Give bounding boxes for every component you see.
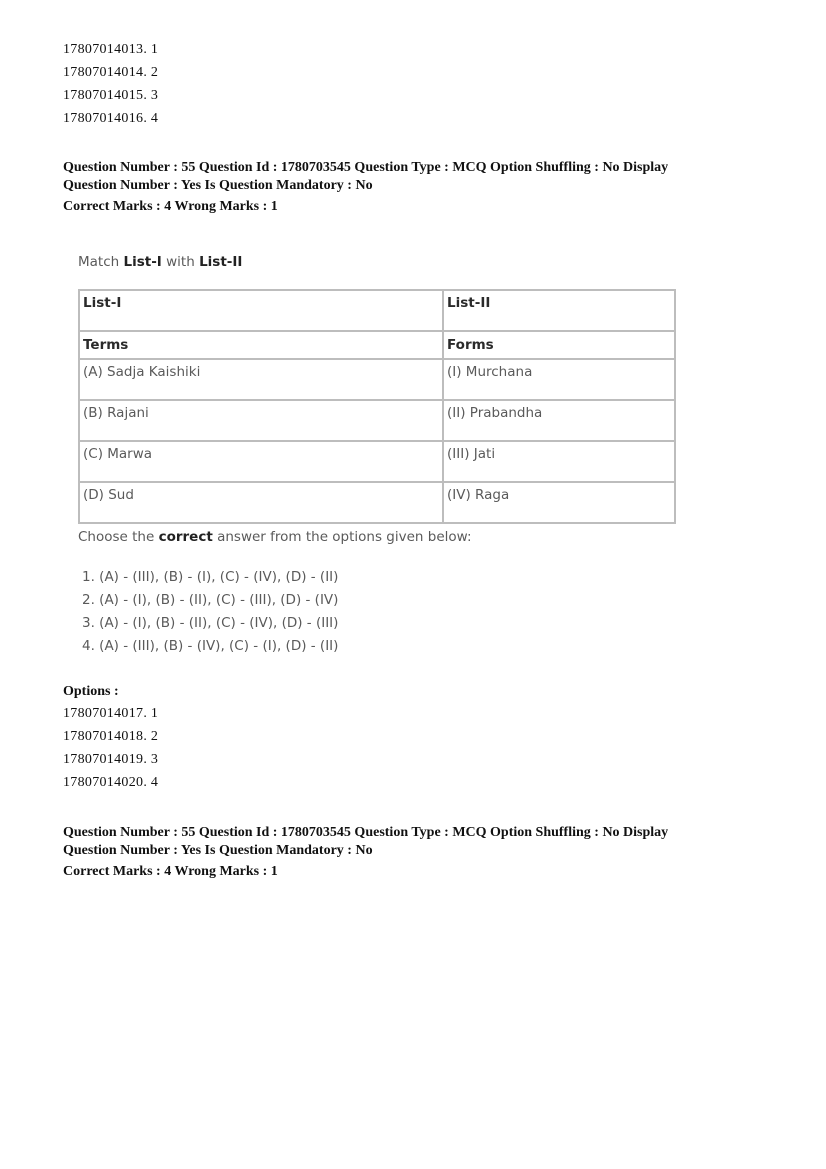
table-cell-form: (IV) Raga [443, 482, 675, 523]
option-line: 17807014014. 2 [63, 65, 158, 81]
table-subheader-row: Terms Forms [79, 331, 675, 359]
option-line: 17807014018. 2 [63, 729, 158, 745]
table-header-list1: List-I [79, 290, 443, 331]
answer-choice: 4. (A) - (III), (B) - (IV), (C) - (I), (… [82, 635, 338, 658]
table-row: (D) Sud (IV) Raga [79, 482, 675, 523]
answer-choice: 3. (A) - (I), (B) - (II), (C) - (IV), (D… [82, 612, 338, 635]
table-cell-term: (D) Sud [79, 482, 443, 523]
question-meta-line1: Question Number : 55 Question Id : 17807… [63, 160, 668, 176]
table-cell-term: (B) Rajani [79, 400, 443, 441]
answer-choices: 1. (A) - (III), (B) - (I), (C) - (IV), (… [82, 566, 338, 658]
question-meta-line2: Question Number : Yes Is Question Mandat… [63, 843, 373, 859]
table-cell-form: (I) Murchana [443, 359, 675, 400]
table-cell-term: (A) Sadja Kaishiki [79, 359, 443, 400]
answer-choice: 1. (A) - (III), (B) - (I), (C) - (IV), (… [82, 566, 338, 589]
option-line: 17807014015. 3 [63, 88, 158, 104]
table-cell-form: (III) Jati [443, 441, 675, 482]
answer-choice: 2. (A) - (I), (B) - (II), (C) - (III), (… [82, 589, 338, 612]
option-line: 17807014013. 1 [63, 42, 158, 58]
option-line: 17807014017. 1 [63, 706, 158, 722]
question-marks: Correct Marks : 4 Wrong Marks : 1 [63, 864, 278, 880]
option-line: 17807014020. 4 [63, 775, 158, 791]
match-table: List-I List-II Terms Forms (A) Sadja Kai… [78, 289, 676, 524]
options-label: Options : [63, 684, 119, 700]
table-row: (C) Marwa (III) Jati [79, 441, 675, 482]
table-header-row: List-I List-II [79, 290, 675, 331]
choose-instruction: Choose the correct answer from the optio… [78, 529, 472, 545]
option-line: 17807014016. 4 [63, 111, 158, 127]
question-intro: Match List-I with List-II [78, 254, 242, 270]
question-marks: Correct Marks : 4 Wrong Marks : 1 [63, 199, 278, 215]
question-meta-line1: Question Number : 55 Question Id : 17807… [63, 825, 668, 841]
table-subheader-forms: Forms [443, 331, 675, 359]
table-subheader-terms: Terms [79, 331, 443, 359]
table-cell-form: (II) Prabandha [443, 400, 675, 441]
question-meta-line2: Question Number : Yes Is Question Mandat… [63, 178, 373, 194]
table-row: (B) Rajani (II) Prabandha [79, 400, 675, 441]
option-line: 17807014019. 3 [63, 752, 158, 768]
table-cell-term: (C) Marwa [79, 441, 443, 482]
table-row: (A) Sadja Kaishiki (I) Murchana [79, 359, 675, 400]
table-header-list2: List-II [443, 290, 675, 331]
